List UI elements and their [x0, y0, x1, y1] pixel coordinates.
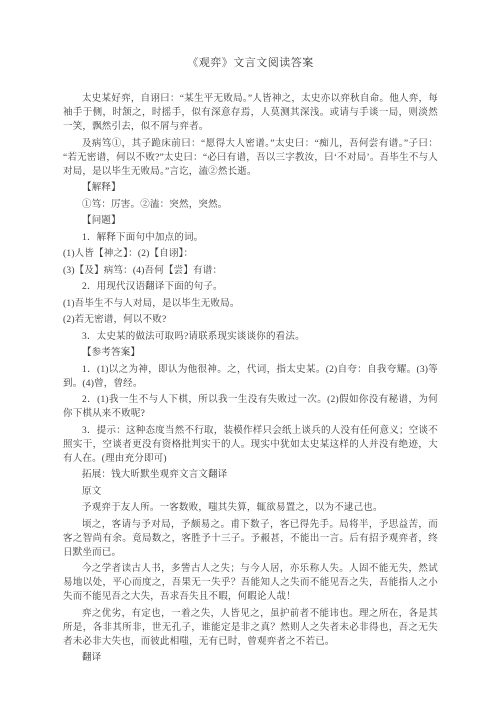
question-3: 3．太史某的做法可取吗?请联系现实谈谈你的看法。 [63, 330, 438, 344]
section-label-source-text: 原文 [63, 485, 438, 499]
source-paragraph-3: 今之学者读古人书，多訾古人之失；与今人居，亦乐称人失。人固不能无失，然试易地以处… [63, 562, 438, 604]
section-label-questions: 【问题】 [63, 214, 438, 228]
question-1: 1．解释下面句中加点的词。 [63, 231, 438, 245]
section-label-reference-answers: 【参考答案】 [63, 346, 438, 360]
section-label-explanation: 【解释】 [63, 181, 438, 195]
section-label-translation: 翻译 [63, 651, 438, 665]
source-paragraph-4: 弈之优劣，有定也，一着之失，人皆见之，虽护前者不能讳也。理之所在，各是其所是，各… [63, 607, 438, 649]
answer-3: 3．提示：这种态度当然不行取，装模作样只会纸上谈兵的人没有任何意义；空谈不照实干… [63, 424, 438, 466]
question-2-item-a: (1)吾毕生不与人对局，是以毕生无败局。 [63, 297, 438, 311]
question-2-item-b: (2)若无密谱，何以不败? [63, 313, 438, 327]
source-paragraph-2: 顷之，客请与予对局，予颇易之。甫下数子，客已得先手。局将半，予思益苦，而客之智尚… [63, 518, 438, 560]
explanation-notes: ①笃：厉害。②溘：突然，突然。 [63, 198, 438, 212]
document-body: 太史某好弈，自诩曰：“某生平无败局。”人皆神之，太史亦以弈秋自命。他人弈，每袖手… [63, 92, 438, 665]
answer-2: 2．(1)我一生不与人下棋，所以我一生没有失败过一次。(2)假如你没有秘谱，为何… [63, 393, 438, 421]
question-1-items-a: (1)人皆【神之】：(2)【自诩】： [63, 247, 438, 261]
source-paragraph-1: 予观弈于友人所。一客数败，嗤其失算，辄欲易置之，以为不逮己也。 [63, 501, 438, 515]
paragraph-original-text-2: 及病笃①，其子跪床前曰：“愿得大人密谱。”太史曰：“痴儿，吾何尝有谱。”子曰：“… [63, 137, 438, 179]
page-title: 《观弈》文言文阅读答案 [63, 54, 438, 70]
extension-heading: 拓展：钱大昕默坐观弈文言文翻译 [63, 468, 438, 482]
document-page: 《观弈》文言文阅读答案 太史某好弈，自诩曰：“某生平无败局。”人皆神之，太史亦以… [0, 0, 500, 707]
question-2: 2．用现代汉语翻译下面的句子。 [63, 280, 438, 294]
paragraph-original-text-1: 太史某好弈，自诩曰：“某生平无败局。”人皆神之，太史亦以弈秋自命。他人弈，每袖手… [63, 92, 438, 134]
question-1-items-b: (3)【及】病笃：(4)吾何【尝】有谱： [63, 264, 438, 278]
answer-1: 1．(1)以之为神，即认为他很神。之，代词，指太史某。(2)自夸：自我夸耀。(3… [63, 363, 438, 391]
